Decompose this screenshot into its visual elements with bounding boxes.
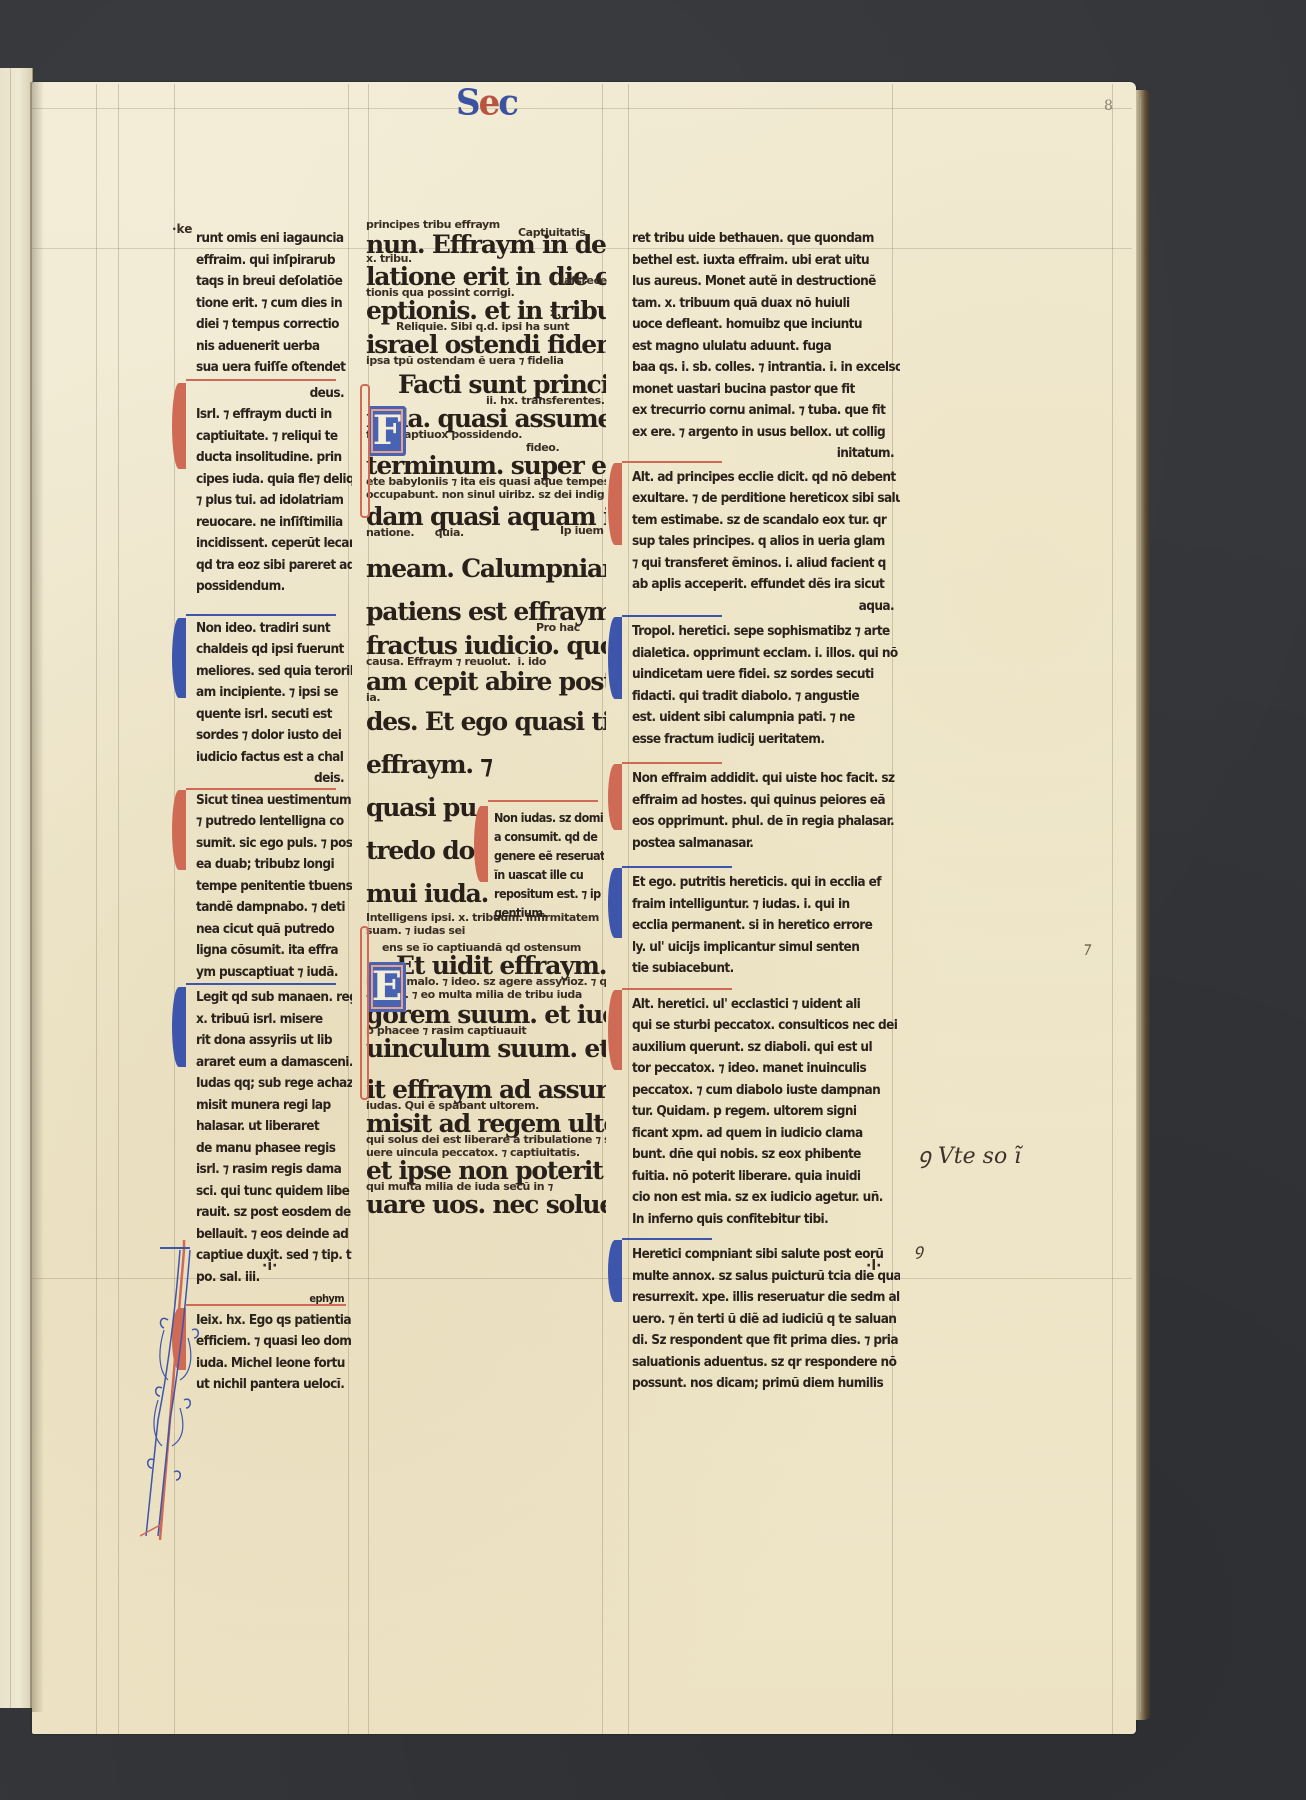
gloss-paragraph: ret tribu uide bethauen. que quondam bet…	[632, 228, 900, 465]
paragraph-flourish	[622, 1238, 712, 1240]
paragraph-flourish	[622, 615, 722, 617]
ruling-line	[118, 84, 119, 1734]
gloss-line: esse fractum iudicij ueritatem.	[632, 729, 900, 751]
gloss-line: rit dona assyriis ut lib	[196, 1030, 352, 1052]
gloss-line: iuda. Michel leone fortu	[196, 1353, 352, 1375]
gloss-line: effraim ad hostes. qui quinus peiores eã	[632, 790, 900, 812]
outer-gloss-column: ret tribu uide bethauen. que quondam bet…	[632, 228, 900, 1395]
interlinear-gloss: x.	[550, 306, 560, 319]
gloss-rubric: deus.	[196, 383, 352, 405]
gloss-paragraph: runt omis eni iagauncia effraim. qui inſ…	[196, 228, 352, 379]
gloss-line: possunt. nos dicam; primũ diem humilis	[632, 1373, 900, 1395]
leaf-fore-edge	[1136, 90, 1150, 1720]
gloss-line: tam. x. tribuum quã duax nõ huiuli	[632, 293, 900, 315]
gloss-paragraph: deus. Isrl. ⁊ effraym ducti in captiuita…	[196, 383, 352, 598]
gloss-line: Et ego. putritis hereticis. qui in eccli…	[632, 872, 900, 894]
gloss-paragraph: Alt. heretici. ul' ecclastici ⁊ uident a…	[632, 994, 900, 1231]
gloss-paragraph: Alt. ad principes ecclie dicit. qd nõ de…	[632, 467, 900, 618]
gloss-line: ly. ul' uicijs implicantur simul senten	[632, 937, 900, 959]
gloss-line: ret tribu uide bethauen. que quondam	[632, 228, 900, 250]
marginal-mark: ꝯ	[914, 1238, 923, 1260]
gloss-line: rauit. sz post eosdem de	[196, 1202, 352, 1224]
gloss-line: halasar. ut liberaret	[196, 1116, 352, 1138]
penwork-flourish	[140, 1240, 210, 1540]
gloss-line: Alt. heretici. ul' ecclastici ⁊ uident a…	[632, 994, 900, 1016]
paragraph-flourish	[488, 800, 598, 802]
gloss-line: ligna cõsumit. ita effra	[196, 940, 352, 962]
gloss-line: meliores. sed quia terorib	[196, 661, 352, 683]
text-line: des. Et ego quasi tinea	[366, 700, 606, 743]
gloss-line: repositum est. ⁊ ip	[494, 884, 604, 903]
gloss-line: multe annox. sz salus puicturũ tcia die …	[632, 1266, 900, 1288]
paragraph-initial-red	[474, 806, 488, 882]
gloss-line: effraim. qui inſpirarub	[196, 250, 352, 272]
text-line: meam. Calumpniam	[366, 547, 606, 590]
gloss-line: tandẽ dampnabo. ⁊ deti	[196, 897, 352, 919]
gloss-text: natione.	[366, 526, 414, 539]
gloss-line: sci. qui tunc quidem libe	[196, 1181, 352, 1203]
gloss-line: ⁊ putredo lentelligna co	[196, 811, 352, 833]
gloss-line: cio non est mia. sz ex iudicio agetur. u…	[632, 1187, 900, 1209]
gloss-line: In inferno quis confitebitur tibi.	[632, 1209, 900, 1231]
gloss-line: peccatox. ⁊ cum diabolo iuste dampnan	[632, 1080, 900, 1102]
gloss-line: bellauit. ⁊ eos deinde ad	[196, 1224, 352, 1246]
paragraph-initial-red	[608, 990, 622, 1070]
gloss-line: di. Sz respondent que fit prima dies. ⁊ …	[632, 1330, 900, 1352]
gloss-line: Iudas qq; sub rege achaz	[196, 1073, 352, 1095]
inner-gloss-column: runt omis eni iagauncia effraim. qui inſ…	[196, 228, 352, 1396]
gloss-paragraph: ephym Ieix. hx. Ego qs patientia efficie…	[196, 1288, 352, 1396]
gloss-line: Alt. ad principes ecclie dicit. qd nõ de…	[632, 467, 900, 489]
gloss-paragraph: Sicut tinea uestimentum ⁊ putredo lentel…	[196, 790, 352, 984]
gloss-line: ab aplis acceperit. effundet dẽs ira sic…	[632, 574, 900, 596]
gloss-line: fidacti. qui tradit diabolo. ⁊ angustie	[632, 686, 900, 708]
gloss-line: tem estimabe. sz de scandalo eox tur. qr	[632, 510, 900, 532]
paragraph-initial-blue	[608, 617, 622, 699]
gloss-line: chaldeis qd ipsi fuerunt	[196, 639, 352, 661]
gloss-line: est. uident sibi calumpnia pati. ⁊ ne	[632, 707, 900, 729]
paragraph-initial-blue	[172, 987, 186, 1067]
gloss-line: misit munera regi lap	[196, 1095, 352, 1117]
gloss-line: tor peccatox. ⁊ ideo. manet inuinculis	[632, 1058, 900, 1080]
text-line: am cepit abire post sor	[366, 660, 606, 703]
gloss-line: eos opprimunt. phul. de ĩn regia phalasa…	[632, 811, 900, 833]
paragraph-flourish	[186, 788, 336, 790]
gloss-line: aqua.	[632, 596, 900, 618]
gloss-line: exultare. ⁊ de perditione hereticox sibi…	[632, 488, 900, 510]
gloss-line: resurrexit. xpe. illis reseruatur die se…	[632, 1287, 900, 1309]
paragraph-flourish	[186, 983, 336, 985]
marginal-note: ꝯ Vte so ĩ	[918, 1140, 1021, 1170]
gloss-line: am incipiente. ⁊ ipsi se	[196, 682, 352, 704]
gloss-line: dialetica. opprimunt ecclam. i. illos. q…	[632, 643, 900, 665]
gloss-paragraph: Heretici compniant sibi salute post eorũ…	[632, 1244, 900, 1395]
gloss-line: sua uera fuiſſe oſtendet	[196, 357, 352, 379]
ruling-line	[1112, 84, 1113, 1734]
gloss-line: gentium.	[494, 903, 604, 922]
gloss-line: ecclia permanent. si in heretico errore	[632, 915, 900, 937]
gutter-shadow	[30, 82, 44, 1712]
catchmark-right: ·l·	[866, 1258, 881, 1274]
gloss-line: iudicio factus est a chal	[196, 747, 352, 769]
gloss-paragraph: Tropol. heretici. sepe sophismatibz ⁊ ar…	[632, 621, 900, 750]
gloss-line: incidissent. ceperũt lecari.	[196, 533, 352, 555]
gloss-line: sup tales principes. q alios in ueria gl…	[632, 531, 900, 553]
gloss-line: tione erit. ⁊ cum dies in	[196, 293, 352, 315]
gloss-line: est magno ululatu aduunt. fuga	[632, 336, 900, 358]
gloss-line: Tropol. heretici. sepe sophismatibz ⁊ ar…	[632, 621, 900, 643]
initial-penwork	[360, 926, 369, 1100]
paragraph-initial-blue	[608, 868, 622, 938]
marginal-mark: ⁊	[1082, 938, 1090, 957]
running-head-letter: e	[479, 85, 499, 121]
interlinear-gloss: qui solus dei est liberare a tribulation…	[366, 1133, 606, 1146]
gloss-rubric: ephym	[196, 1288, 352, 1310]
gloss-line: tie subiacebunt.	[632, 958, 900, 980]
gloss-line: nis aduenerit uerba	[196, 336, 352, 358]
text-line: mui iuda.	[366, 872, 488, 915]
running-head: Sec	[456, 86, 517, 120]
gloss-line: ⁊ qui transferet ẽminos. i. aliud facien…	[632, 553, 900, 575]
decorated-initial-e: E	[368, 962, 406, 1012]
paragraph-flourish	[622, 762, 722, 764]
gloss-line: ducta insolitudine. prin	[196, 447, 352, 469]
gloss-line: araret eum a damasceni.	[196, 1052, 352, 1074]
gloss-line: ficant xpm. ad quem in iudicio clama	[632, 1123, 900, 1145]
gloss-paragraph: Legit qd sub manaen. rege x. tribuũ isrl…	[196, 987, 352, 1288]
margin-mark: ·ke	[172, 222, 192, 236]
gloss-line: Non effraim addidit. qui uiste hoc facit…	[632, 768, 900, 790]
gloss-line: ex trecurrio cornu animal. ⁊ tuba. que f…	[632, 400, 900, 422]
previous-leaf-edge	[0, 68, 33, 1708]
gloss-line: qui se sturbi peccatox. consulticos nec …	[632, 1015, 900, 1037]
paragraph-flourish	[622, 461, 722, 463]
paragraph-initial-red	[172, 383, 186, 469]
gloss-line: tempe penitentie tbuens.	[196, 876, 352, 898]
gloss-line: nea cicut quã putredo	[196, 919, 352, 941]
paragraph-flourish	[186, 614, 336, 616]
gloss-line: postea salmanasar.	[632, 833, 900, 855]
gloss-line: bethel est. iuxta effraim. ubi erat uitu	[632, 250, 900, 272]
paragraph-initial-blue	[608, 1240, 622, 1302]
gloss-line: x. tribuũ isrl. misere	[196, 1009, 352, 1031]
gloss-line: ea duab; tribubz longi	[196, 854, 352, 876]
paragraph-flourish	[186, 379, 336, 381]
gloss-line: lus aureus. Monet autẽ in destructionẽ	[632, 271, 900, 293]
gloss-line: uindicetam uere fidei. sz sordes secuti	[632, 664, 900, 686]
gloss-line: Legit qd sub manaen. rege	[196, 987, 352, 1009]
gloss-line: reuocare. ne inſiſtimilia	[196, 512, 352, 534]
paragraph-flourish	[622, 988, 732, 990]
gloss-line: sordes ⁊ dolor iusto dei	[196, 725, 352, 747]
ruling-line	[96, 84, 97, 1734]
paragraph-flourish	[186, 1304, 346, 1306]
gloss-line: captiuitate. ⁊ reliqui te	[196, 426, 352, 448]
running-head-letter: c	[498, 85, 517, 121]
paragraph-initial-red	[608, 463, 622, 545]
gloss-line: Sicut tinea uestimentum	[196, 790, 352, 812]
gloss-line: fuitia. nõ poterit liberare. quia inuidi	[632, 1166, 900, 1188]
gloss-line: Heretici compniant sibi salute post eorũ	[632, 1244, 900, 1266]
gloss-line: Non iudas. sz domi	[494, 808, 604, 827]
paragraph-initial-red	[172, 790, 186, 870]
gloss-line: baa qs. i. sb. colles. ⁊ intrantia. i. i…	[632, 357, 900, 379]
gloss-line: ut nichil pantera uelocĩ.	[196, 1374, 352, 1396]
gloss-line: ym puscaptiuat ⁊ iudã.	[196, 962, 352, 984]
text-line: uare uos. nec soluere po	[366, 1183, 606, 1226]
gloss-line: a consumit. qd de	[494, 827, 604, 846]
paragraph-initial-blue	[172, 618, 186, 698]
gloss-line: Non ideo. tradiri sunt	[196, 618, 352, 640]
gloss-line: ex ere. ⁊ argento in usus bellox. ut col…	[632, 422, 900, 444]
text-line: uinculum suum. et abi	[366, 1027, 606, 1070]
interlinear-gloss: i. lafsrece	[550, 274, 607, 287]
running-head-letter: S	[456, 85, 479, 121]
ruling-line	[32, 108, 1132, 109]
gloss-line: auxilium querunt. sz diaboli. qui est ul	[632, 1037, 900, 1059]
gloss-line: qd tra eoz sibi pareret ad	[196, 555, 352, 577]
gloss-paragraph: Non effraim addidit. qui uiste hoc facit…	[632, 768, 900, 854]
gloss-line: bunt. dñe qui nobis. sz eox phibente	[632, 1144, 900, 1166]
gloss-text: quia.	[435, 526, 464, 539]
gloss-paragraph: Non ideo. tradiri sunt chaldeis qd ipsi …	[196, 618, 352, 790]
interlinear-gloss: Ip iuem	[560, 524, 604, 537]
inset-gloss: Non iudas. sz domi a consumit. qd de gen…	[494, 808, 604, 922]
gloss-line: efficiem. ⁊ quasi leo domui	[196, 1331, 352, 1353]
gloss-line: quente isrl. secuti est	[196, 704, 352, 726]
biblical-text-column: principes tribu effraym nun. Effraym in …	[366, 218, 606, 1226]
gloss-line: isrl. ⁊ rasim regis dama	[196, 1159, 352, 1181]
gloss-line: de manu phasee regis	[196, 1138, 352, 1160]
paragraph-initial-red	[608, 764, 622, 830]
ruling-line	[628, 84, 629, 1734]
gloss-line: possidendum.	[196, 576, 352, 598]
gloss-line: Ieix. hx. Ego qs patientia	[196, 1310, 352, 1332]
gloss-line: Isrl. ⁊ effraym ducti in	[196, 404, 352, 426]
gloss-line: diei ⁊ tempus correctio	[196, 314, 352, 336]
gloss-line: ĩn uascat ille cu	[494, 865, 604, 884]
gloss-line: saluationis aduentus. sz qr respondere n…	[632, 1352, 900, 1374]
gloss-line: runt omis eni iagauncia	[196, 228, 352, 250]
gloss-line: ⁊ plus tui. ad idolatriam	[196, 490, 352, 512]
text-line: effraym. ⁊	[366, 743, 606, 786]
gloss-line: genere eẽ reseruat.	[494, 846, 604, 865]
gloss-line: uero. ⁊ ẽn terti ũ diẽ ad iudiciũ q te s…	[632, 1309, 900, 1331]
folio-number: 8	[1104, 98, 1113, 114]
gloss-paragraph: Et ego. putritis hereticis. qui in eccli…	[632, 872, 900, 980]
gloss-line: sumit. sic ego puls. ⁊ post	[196, 833, 352, 855]
interlinear-gloss: ete babyloniis ⁊ ita eis quasi aque temp…	[366, 475, 606, 488]
catchmark-left: ·i·	[262, 1258, 277, 1274]
gloss-line: uoce defleant. homuibz que inciuntu	[632, 314, 900, 336]
gloss-line: tur. Quidam. p regem. ultorem signi	[632, 1101, 900, 1123]
gloss-line: taqs in breui deſolatiõe	[196, 271, 352, 293]
gloss-line: monet uastari bucina pastor que fit	[632, 379, 900, 401]
decorated-initial-f: F	[368, 406, 406, 456]
gloss-line: deis.	[196, 768, 352, 790]
gloss-line: cipes iuda. quia fle⁊ deliquerũt.	[196, 469, 352, 491]
initial-penwork	[360, 384, 370, 518]
gloss-line: fraim intelliguntur. ⁊ iudas. i. qui in	[632, 894, 900, 916]
paragraph-flourish	[622, 866, 732, 868]
interlinear-gloss: Captiuitatis.	[518, 226, 589, 239]
